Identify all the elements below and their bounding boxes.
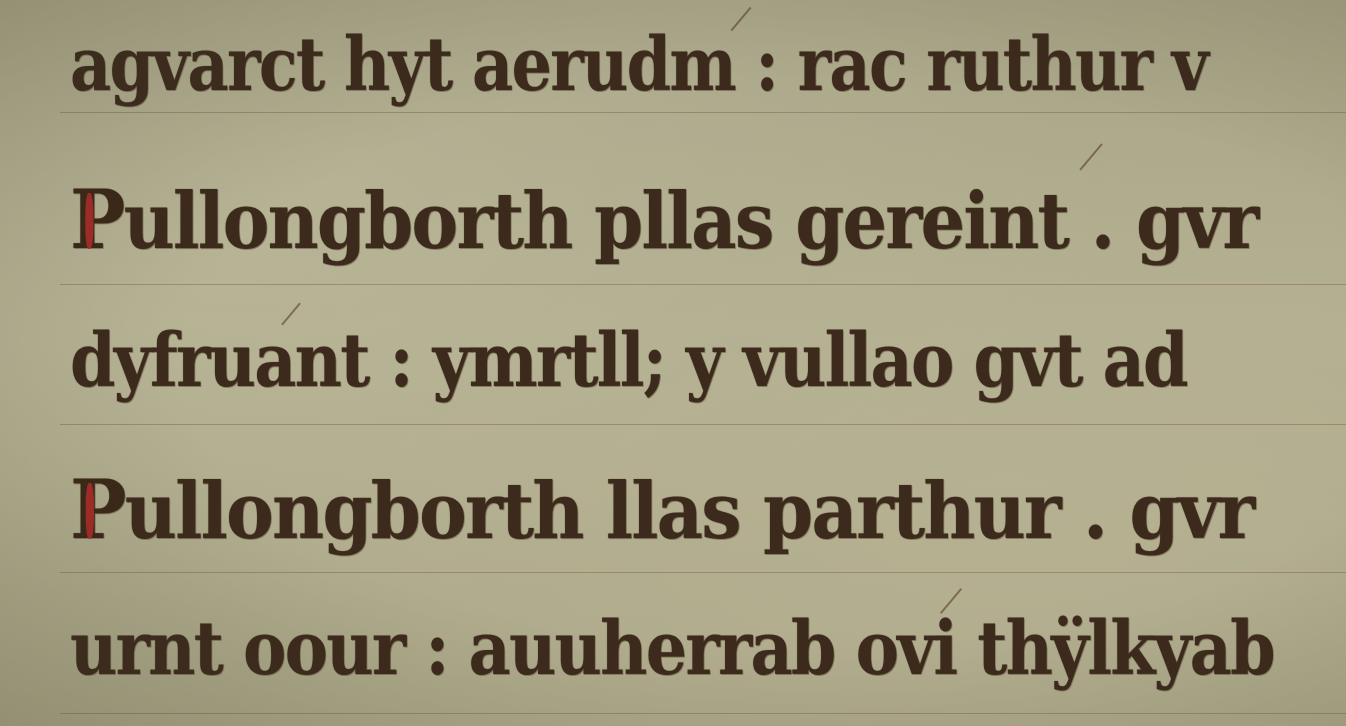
manuscript-line-1: agvarct hyt aerudm : rac ruthur v: [70, 22, 1207, 108]
ruled-line: [60, 424, 1346, 425]
rubricated-initial: P: [70, 462, 125, 558]
rubricated-initial: P: [70, 172, 124, 268]
ruled-line: [60, 284, 1346, 285]
line-text: dyfruant : ymrtll; y vullao gvt ad: [70, 318, 1187, 404]
manuscript-line-3: dyfruant : ymrtll; y vullao gvt ad: [70, 318, 1187, 404]
ruled-line: [60, 713, 1346, 714]
hairline-stroke: [1079, 143, 1102, 170]
manuscript-page: agvarct hyt aerudm : rac ruthur v P ullo…: [0, 0, 1346, 726]
ruled-line: [60, 112, 1346, 113]
manuscript-line-5: urnt oour : auuherrab ovi thÿlkyab: [70, 606, 1274, 692]
red-rubric-stroke: [85, 483, 93, 539]
line-text: ullongborth pllas gereint . gvr: [124, 176, 1258, 267]
manuscript-line-2: P ullongborth pllas gereint . gvr: [70, 172, 1258, 268]
line-text: urnt oour : auuherrab ovi thÿlkyab: [70, 606, 1274, 692]
red-rubric-stroke: [85, 193, 93, 249]
line-text: ullongborth llas parthur . gvr: [125, 466, 1254, 557]
manuscript-line-4: P ullongborth llas parthur . gvr: [70, 462, 1253, 558]
ruled-line: [60, 572, 1346, 573]
line-text: agvarct hyt aerudm : rac ruthur v: [70, 22, 1207, 108]
